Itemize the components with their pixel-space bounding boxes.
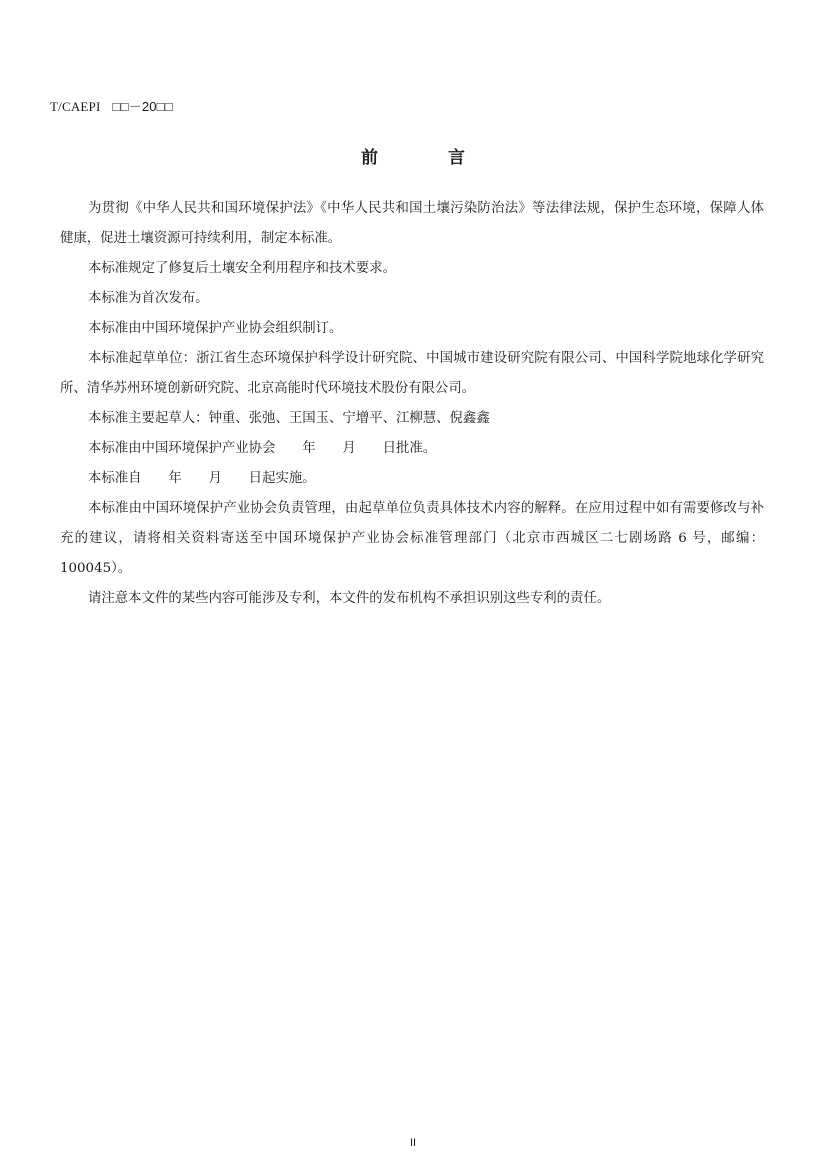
paragraph-scope: 本标准规定了修复后土壤安全利用程序和技术要求。 bbox=[60, 254, 764, 284]
paragraph-approval-date: 本标准由中国环境保护产业协会 年 月 日批准。 bbox=[60, 434, 764, 464]
paragraph-drafters: 本标准主要起草人：钟重、张弛、王国玉、宁增平、江柳慧、倪鑫鑫 bbox=[60, 404, 764, 434]
title-char-1: 前 bbox=[361, 143, 378, 168]
paragraph-organizer: 本标准由中国环境保护产业协会组织制订。 bbox=[60, 314, 764, 344]
paragraph-effective-date: 本标准自 年 月 日起实施。 bbox=[60, 464, 764, 494]
paragraph-patent-notice: 请注意本文件的某些内容可能涉及专利，本文件的发布机构不承担识别这些专利的责任。 bbox=[60, 584, 764, 614]
page-header: T/CAEPI□□－20□□ bbox=[50, 96, 173, 115]
foreword-body: 为贯彻《中华人民共和国环境保护法》《中华人民共和国土壤污染防治法》等法律法规，保… bbox=[60, 194, 764, 614]
standard-prefix: T/CAEPI bbox=[50, 99, 101, 114]
paragraph-management: 本标准由中国环境保护产业协会负责管理，由起草单位负责具体技术内容的解释。在应用过… bbox=[60, 494, 764, 584]
page-title: 前言 bbox=[0, 143, 826, 168]
paragraph-first-release: 本标准为首次发布。 bbox=[60, 284, 764, 314]
paragraph-drafting-units: 本标准起草单位：浙江省生态环境保护科学设计研究院、中国城市建设研究院有限公司、中… bbox=[60, 344, 764, 404]
paragraph-purpose: 为贯彻《中华人民共和国环境保护法》《中华人民共和国土壤污染防治法》等法律法规，保… bbox=[60, 194, 764, 254]
page-number: II bbox=[0, 1137, 826, 1149]
standard-number: □□－20□□ bbox=[113, 99, 173, 114]
title-char-2: 言 bbox=[448, 143, 465, 168]
